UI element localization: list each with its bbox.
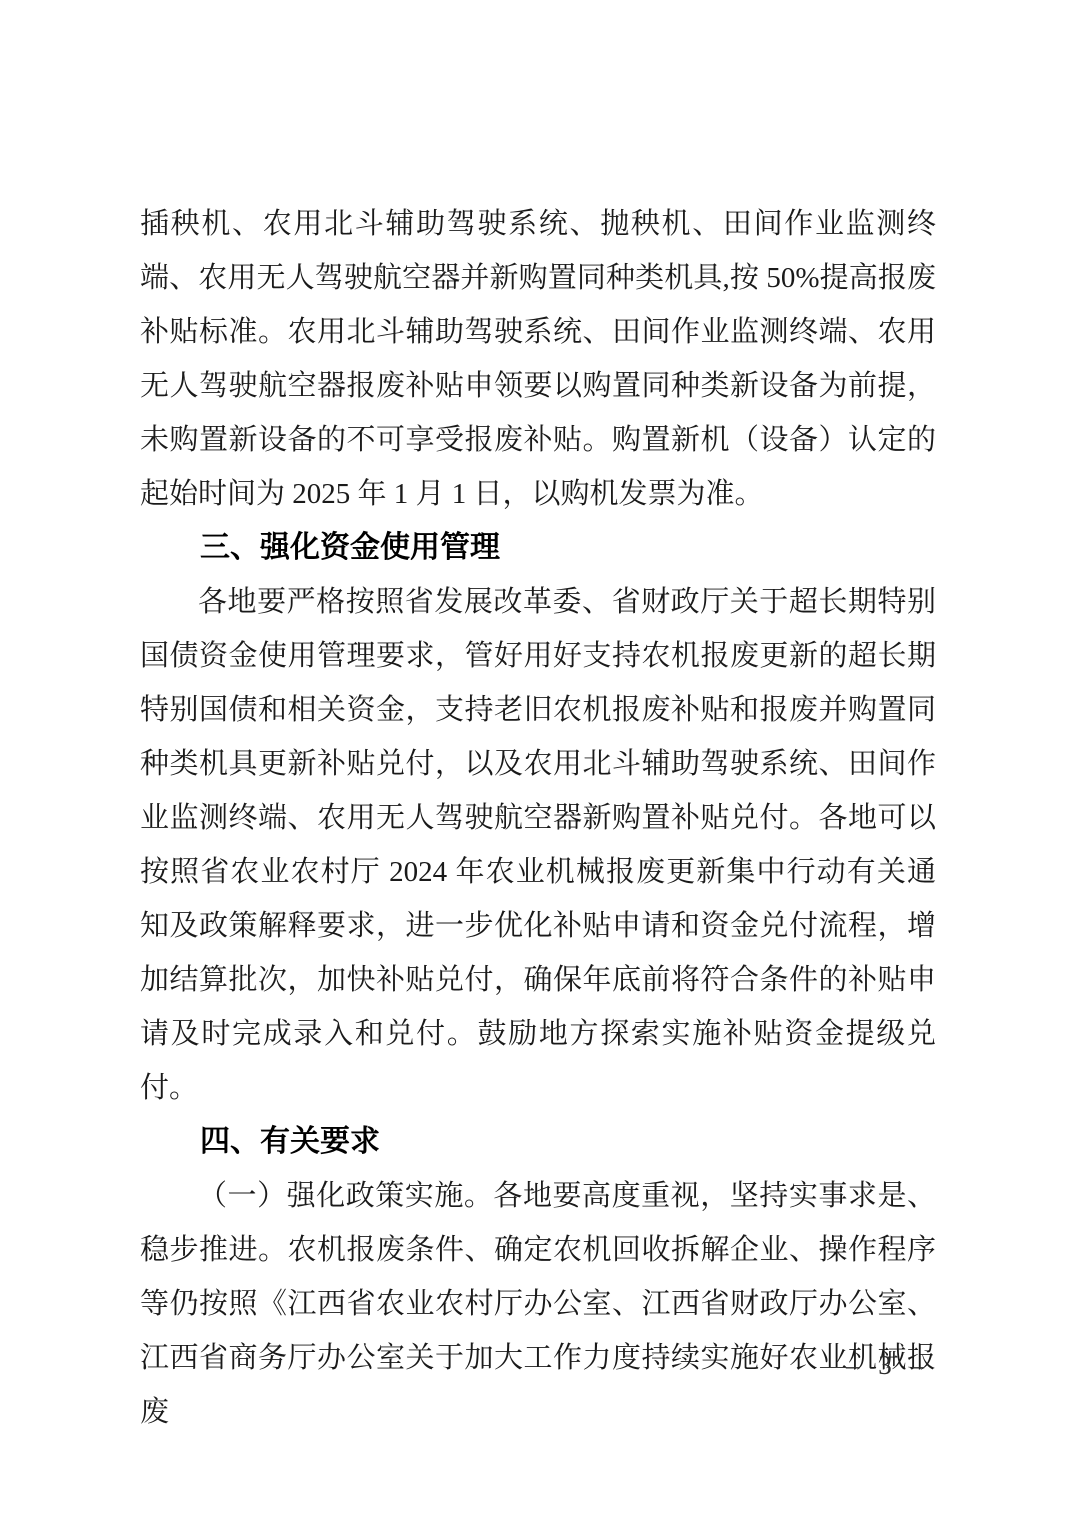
paragraph-requirements: （一）强化政策实施。各地要高度重视，坚持实事求是、稳步推进。农机报废条件、确定农… <box>140 1169 936 1439</box>
page-number: – 3 – <box>846 1350 930 1380</box>
section-heading-requirements: 四、有关要求 <box>140 1115 936 1169</box>
paragraph-continued-from-previous-page: 插秧机、农用北斗辅助驾驶系统、抛秧机、田间作业监测终端、农用无人驾驶航空器并新购… <box>140 197 936 521</box>
document-text-block: 插秧机、农用北斗辅助驾驶系统、抛秧机、田间作业监测终端、农用无人驾驶航空器并新购… <box>140 197 936 1439</box>
document-page: 插秧机、农用北斗辅助驾驶系统、抛秧机、田间作业监测终端、农用无人驾驶航空器并新购… <box>0 0 1074 1520</box>
page-footer: – 3 – <box>0 1350 930 1381</box>
paragraph-funds-management: 各地要严格按照省发展改革委、省财政厅关于超长期特别国债资金使用管理要求，管好用好… <box>140 575 936 1115</box>
section-heading-funds-management: 三、强化资金使用管理 <box>140 521 936 575</box>
